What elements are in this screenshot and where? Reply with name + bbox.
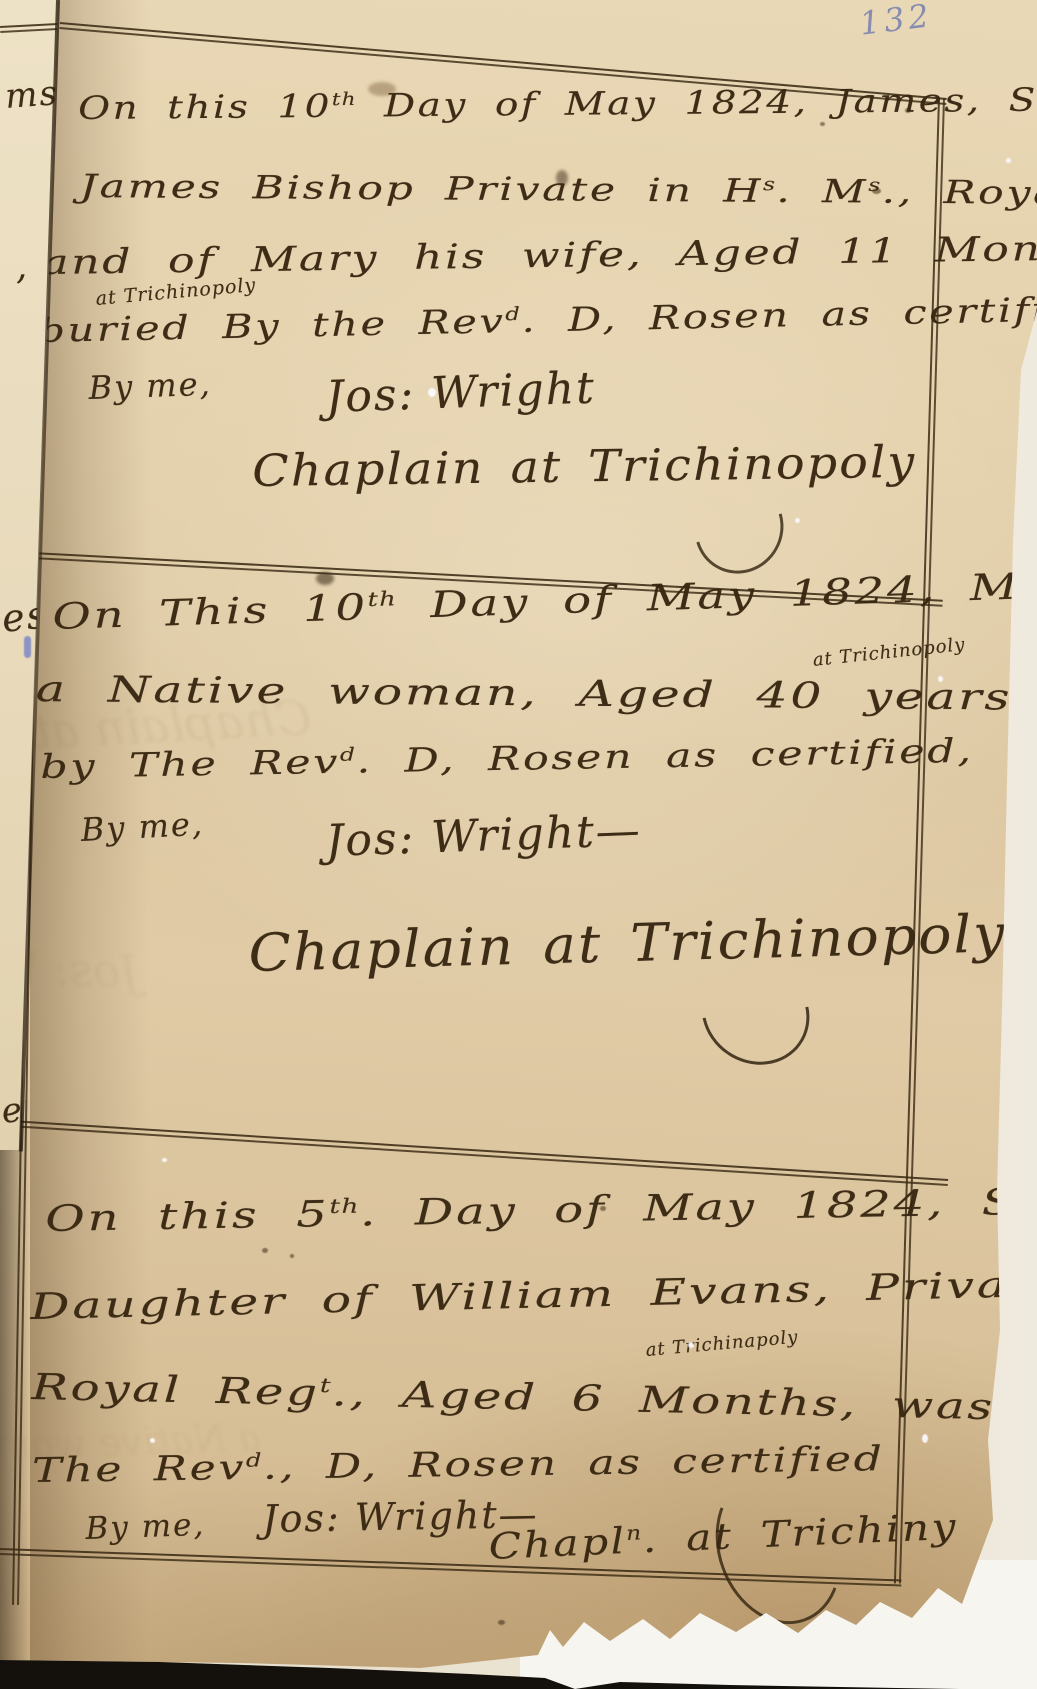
entry3-interlineation: at Trichinapoly: [645, 1329, 799, 1360]
entry1-line-1: On this 10th Day of May 1824, James, Son…: [78, 83, 1037, 124]
ink-speck: [290, 1254, 294, 1258]
entry2-signature: Jos: Wright—: [325, 809, 642, 864]
entry2-signer-title: Chaplain at Trichinopoly: [248, 908, 1007, 980]
paper-fleck: [938, 676, 943, 682]
entry2-interlineation: at Trichinopoly: [812, 636, 966, 670]
facing-page-rule: [0, 23, 62, 33]
entry3-flourish: [695, 1454, 862, 1642]
paper-fleck: [428, 388, 436, 397]
ink-speck: [600, 1206, 606, 1211]
paper-fleck: [150, 1438, 155, 1443]
ink-speck: [498, 1620, 505, 1625]
entry1-signer-title: Chaplain at Trichinopoly: [252, 441, 917, 494]
ink-blot: [316, 572, 334, 585]
facing-page-text-fragment: ,: [14, 249, 30, 286]
stain: [368, 82, 396, 96]
paper-fleck: [1006, 158, 1011, 163]
ink-speck: [905, 108, 911, 113]
entry2-line-1: On This 10th Day of May 1824, Margaret,: [52, 563, 1037, 636]
entry3-line-2: Daughter of William Evans, Private in Hs…: [30, 1260, 1037, 1326]
entry3-attestation: By me,: [85, 1510, 206, 1545]
entry2-attestation: By me,: [80, 808, 205, 846]
paper-fleck: [795, 518, 800, 523]
ink-speck: [262, 1248, 268, 1253]
page-number: 132: [858, 0, 934, 40]
ink-speck: [872, 188, 881, 194]
ink-speck: [820, 122, 825, 126]
paper-fleck: [922, 1434, 928, 1443]
entry1-attestation: By me,: [88, 368, 212, 404]
entry1-signature: Jos: Wright: [325, 367, 596, 420]
entry1-line-3: and of Mary his wife, Aged 11 Months, wa…: [42, 229, 1037, 280]
blue-paint-mark: [24, 636, 31, 658]
entry3-line-1: On this 5th. Day of May 1824, Susanna,: [45, 1181, 1037, 1238]
stain: [556, 170, 568, 186]
entry-divider-2: [10, 1120, 949, 1186]
paper-fleck: [162, 1158, 167, 1162]
scanned-register-page: Chaplain at Trichinopoly Jos: Wright a N…: [0, 0, 1037, 1689]
paper-fleck: [688, 1342, 694, 1348]
manuscript-page: Chaplain at Trichinopoly Jos: Wright a N…: [0, 0, 1037, 1689]
